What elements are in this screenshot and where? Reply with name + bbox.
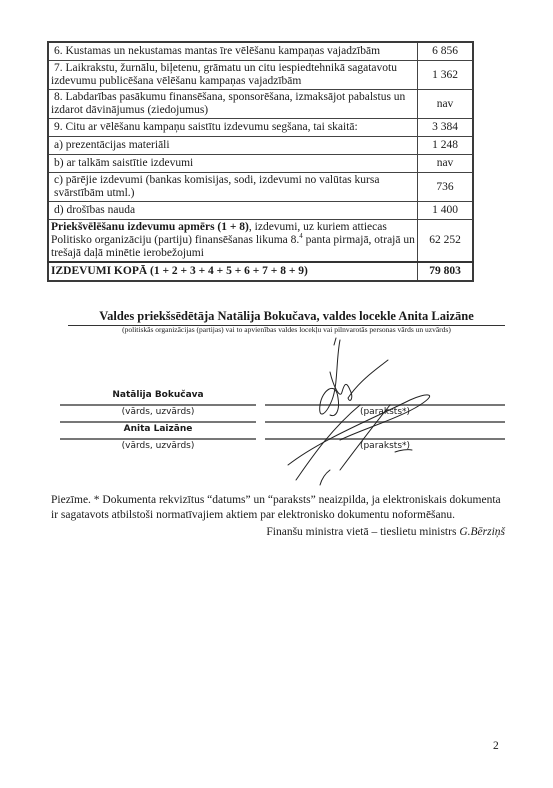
pre-election-bold: Priekšvēlēšanu izdevumu apmērs (1 + 8)	[51, 221, 249, 233]
row-label: 8. Labdarības pasākumu finansēšana, spon…	[48, 90, 418, 119]
row-label: b) ar talkām saistītie izdevumi	[48, 155, 418, 173]
table-row: c) pārējie izdevumi (bankas komisijas, s…	[48, 173, 473, 202]
page-number: 2	[493, 740, 499, 752]
table-row: a) prezentācijas materiāli 1 248	[48, 137, 473, 155]
row-label: Priekšvēlēšanu izdevumu apmērs (1 + 8), …	[48, 220, 418, 263]
expenses-table: 6. Kustamas un nekustamas mantas īre vēl…	[47, 41, 474, 282]
table-row: 7. Laikrakstu, žurnālu, biļetenu, grāmat…	[48, 61, 473, 90]
table-row: 9. Citu ar vēlēšanu kampaņu saistītu izd…	[48, 119, 473, 137]
row-label: a) prezentācijas materiāli	[48, 137, 418, 155]
row-amount: 62 252	[418, 220, 474, 263]
row-label: d) drošības nauda	[48, 202, 418, 220]
table-row: b) ar talkām saistītie izdevumi nav	[48, 155, 473, 173]
row-amount: nav	[418, 155, 474, 173]
row-amount: 1 400	[418, 202, 474, 220]
table-row-total: IZDEVUMI KOPĀ (1 + 2 + 3 + 4 + 5 + 6 + 7…	[48, 262, 473, 281]
row-label: 7. Laikrakstu, žurnālu, biļetenu, grāmat…	[48, 61, 418, 90]
sign-caption: (paraksts*)	[265, 441, 505, 451]
row-amount: 1 248	[418, 137, 474, 155]
row-amount: 736	[418, 173, 474, 202]
row-label: 6. Kustamas un nekustamas mantas īre vēl…	[48, 42, 418, 61]
board-members-title: Valdes priekšsēdētāja Natālija Bokučava,…	[68, 309, 505, 326]
minister-name: G.Bērziņš	[459, 526, 505, 538]
name-caption: (vārds, uzvārds)	[60, 441, 256, 451]
total-label: IZDEVUMI KOPĀ (1 + 2 + 3 + 4 + 5 + 6 + 7…	[48, 262, 418, 281]
row-label: 9. Citu ar vēlēšanu kampaņu saistītu izd…	[48, 119, 418, 137]
table-row: 8. Labdarības pasākumu finansēšana, spon…	[48, 90, 473, 119]
sign-caption: (paraksts*)	[265, 407, 505, 417]
signature-row: Anita Laizāne	[60, 422, 505, 439]
signer-name: Anita Laizāne	[60, 424, 256, 434]
name-caption: (vārds, uzvārds)	[60, 407, 256, 417]
document-page: 6. Kustamas un nekustamas mantas īre vēl…	[0, 0, 553, 788]
row-amount: 6 856	[418, 42, 474, 61]
footnote: Piezīme. * Dokumenta rekvizītus “datums”…	[51, 493, 506, 522]
total-amount: 79 803	[418, 262, 474, 281]
row-label: c) pārējie izdevumi (bankas komisijas, s…	[48, 173, 418, 202]
minister-text: Finanšu ministra vietā – tieslietu minis…	[266, 526, 459, 538]
signer-name: Natālija Bokučava	[60, 390, 256, 400]
signature-block: Natālija Bokučava (vārds, uzvārds) (para…	[60, 388, 505, 456]
table-row-pre-election: Priekšvēlēšanu izdevumu apmērs (1 + 8), …	[48, 220, 473, 263]
board-members-caption: (politiskās organizācijas (partijas) vai…	[68, 325, 505, 334]
signature-caption-row: (vārds, uzvārds) (paraksts*)	[60, 439, 505, 456]
minister-line: Finanšu ministra vietā – tieslietu minis…	[240, 526, 505, 538]
signature-row: Natālija Bokučava	[60, 388, 505, 405]
row-amount: 3 384	[418, 119, 474, 137]
row-amount: nav	[418, 90, 474, 119]
table-row: 6. Kustamas un nekustamas mantas īre vēl…	[48, 42, 473, 61]
table-row: d) drošības nauda 1 400	[48, 202, 473, 220]
signature-caption-row: (vārds, uzvārds) (paraksts*)	[60, 405, 505, 422]
row-amount: 1 362	[418, 61, 474, 90]
